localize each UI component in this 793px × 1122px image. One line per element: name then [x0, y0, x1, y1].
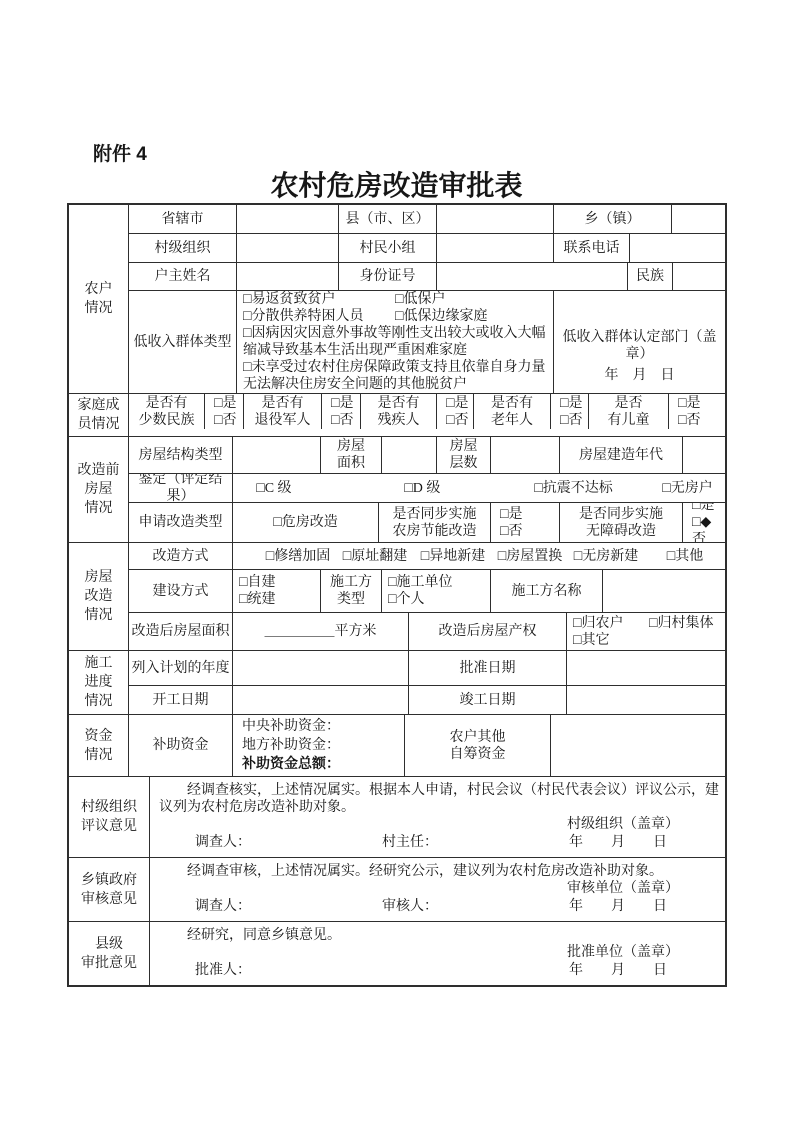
checkbox-option: □低保户: [395, 292, 445, 307]
form-title: 农村危房改造审批表: [0, 164, 793, 204]
energy-saving-sync-label: 是否同步实施 农房节能改造: [379, 503, 491, 542]
table-row: 房屋结构类型房屋 面积房屋 层数房屋建造年代: [129, 437, 725, 474]
county-approval-label: 县级 审批意见: [69, 922, 150, 985]
stamp-label: 审核单位（盖章）: [159, 880, 719, 897]
pre-renovation-house-body: 房屋结构类型房屋 面积房屋 层数房屋建造年代鉴定（评定结果）□C 级□D 级□抗…: [129, 437, 725, 542]
checkbox-option: □无房户: [662, 480, 712, 497]
construction-method-label: 建设方式: [129, 570, 233, 612]
post-area-value: ＿＿＿＿＿平方米: [233, 613, 409, 650]
checkbox-option: □其他: [667, 548, 703, 565]
construction-progress-body: 列入计划的年度批准日期开工日期竣工日期: [129, 651, 725, 714]
checkbox-option: □D 级: [404, 480, 534, 497]
signer-label: 调查人：: [195, 834, 251, 851]
funds-body: 补助资金中央补助资金：地方补助资金：补助资金总额：农户其他 自筹资金: [129, 715, 725, 776]
option-line: □归农户□归村集体: [573, 615, 725, 632]
date-label: 年 月 日: [569, 962, 667, 979]
option-line: □个人: [388, 591, 490, 608]
pre-renovation-house-label: 改造前 房屋 情况: [69, 437, 129, 542]
option-line: □易返贫致贫户□低保户: [243, 291, 553, 308]
checkbox-option: □修缮加固: [266, 548, 343, 565]
completion-date-value: [567, 686, 725, 714]
plan-year-value: [233, 651, 409, 685]
disabled-yn: □是 □否: [437, 394, 474, 429]
family-members-label: 家庭成 员情况: [69, 394, 129, 436]
renovation-method-label: 改造方式: [129, 543, 233, 569]
low-income-type-options: □易返贫致贫户□低保户□分散供养特困人员□低保边缘家庭□因病因灾因意外事故等刚性…: [237, 291, 554, 393]
checkbox-option: □无房新建: [574, 548, 667, 565]
villager-group-value: [437, 234, 554, 262]
option-line: □其它: [573, 632, 725, 649]
stamp-label: 批准单位（盖章）: [159, 944, 719, 961]
subsidy-funds-lines: 中央补助资金：地方补助资金：补助资金总额：: [233, 715, 405, 776]
id-number-value: [437, 263, 628, 290]
table-row: 省辖市县（市、区）乡（镇）: [129, 205, 725, 234]
contractor-name-label: 施工方名称: [491, 570, 603, 612]
prefecture-city-value: [237, 205, 339, 233]
signer-label: 批准人：: [195, 962, 251, 979]
funds-label: 资金 情况: [69, 715, 129, 776]
appraisal-label: 鉴定（评定结果）: [129, 474, 233, 502]
start-date-value: [233, 686, 409, 714]
house-renovation-body: 改造方式□修缮加固□原址翻建□异地新建□房屋置换□无房新建□其他建设方式□自建□…: [129, 543, 725, 650]
township-review-body: 经调查审核，上述情况属实。经研究公示，建议列为农村危房改造补助对象。审核单位（盖…: [150, 858, 725, 921]
build-year-value: [683, 437, 725, 473]
contractor-type-label: 施工方 类型: [321, 570, 382, 612]
option-line: 年 月 日: [605, 367, 675, 384]
village-review-label: 村级组织 评议意见: [69, 777, 150, 857]
self-raised-funds-label: 农户其他 自筹资金: [405, 715, 551, 776]
table-row: 低收入群体类型□易返贫致贫户□低保户□分散供养特困人员□低保边缘家庭□因病因灾因…: [129, 291, 725, 393]
checkbox-option: □归村集体: [649, 616, 713, 631]
township-label: 乡（镇）: [554, 205, 672, 233]
signature-line: 调查人：审核人：年 月 日: [159, 897, 719, 917]
farmer-info-section: 农户 情况省辖市县（市、区）乡（镇）村级组织村民小组联系电话户主姓名身份证号民族…: [69, 205, 725, 394]
signature-line: 批准人：年 月 日: [159, 961, 719, 981]
structure-type-label: 房屋结构类型: [129, 437, 233, 473]
checkbox-option: □房屋置换: [498, 548, 574, 565]
prefecture-city-label: 省辖市: [129, 205, 237, 233]
checkbox-option: □其它: [573, 633, 609, 648]
veteran-yn: □是 □否: [322, 394, 361, 429]
barrier-free-yn: □是 □◆否: [683, 503, 725, 542]
township-review-section: 乡镇政府 审核意见经调查审核，上述情况属实。经研究公示，建议列为农村危房改造补助…: [69, 858, 725, 922]
structure-type-value: [233, 437, 321, 473]
construction-progress-section: 施工 进度 情况列入计划的年度批准日期开工日期竣工日期: [69, 651, 725, 715]
house-floors-value: [491, 437, 560, 473]
funds-section: 资金 情况补助资金中央补助资金：地方补助资金：补助资金总额：农户其他 自筹资金: [69, 715, 725, 777]
village-org-label: 村级组织: [129, 234, 237, 262]
house-area-label: 房屋 面积: [321, 437, 382, 473]
table-row: 建设方式□自建□统建施工方 类型□施工单位□个人施工方名称: [129, 570, 725, 613]
village-review-section: 村级组织 评议意见经调查核实，上述情况属实。根据本人申请，村民会议（村民代表会议…: [69, 777, 725, 858]
id-number-label: 身份证号: [339, 263, 437, 290]
village-org-value: [237, 234, 339, 262]
plan-year-label: 列入计划的年度: [129, 651, 233, 685]
certifying-dept-stamp: 低收入群体认定部门（盖章）年 月 日: [554, 291, 725, 393]
option-line: □自建: [239, 574, 320, 591]
contact-phone-value: [630, 234, 725, 262]
contact-phone-label: 联系电话: [554, 234, 630, 262]
checkbox-option: □原址翻建: [343, 548, 421, 565]
appraisal-options: □C 级□D 级□抗震不达标□无房户: [233, 474, 725, 502]
township-review-label: 乡镇政府 审核意见: [69, 858, 150, 921]
completion-date-label: 竣工日期: [409, 686, 567, 714]
start-date-label: 开工日期: [129, 686, 233, 714]
checkbox-option: □低保边缘家庭: [395, 309, 487, 324]
barrier-free-sync-label: 是否同步实施 无障碍改造: [560, 503, 683, 542]
county-approval-content: 经研究，同意乡镇意见。批准单位（盖章）批准人：年 月 日: [150, 922, 725, 985]
build-year-label: 房屋建造年代: [560, 437, 683, 473]
ethnicity-label: 民族: [628, 263, 673, 290]
option-line: 补助资金总额：: [242, 755, 404, 774]
county-approval-body: 经研究，同意乡镇意见。批准单位（盖章）批准人：年 月 日: [150, 922, 725, 985]
checkbox-option: □因病因灾因意外事故等刚性支出较大或收入大幅缩减导致基本生活出现严重困难家庭: [243, 326, 545, 358]
table-row: 列入计划的年度批准日期: [129, 651, 725, 686]
checkbox-option: □自建: [239, 575, 275, 590]
elderly-label: 是否有 老年人: [474, 394, 551, 429]
option-line: □未享受过农村住房保障政策支持且依靠自身力量无法解决住房安全问题的其他脱贫户: [243, 359, 553, 393]
option-line: 地方补助资金：: [242, 736, 404, 755]
construction-method-options: □自建□统建: [233, 570, 321, 612]
elderly-yn: □是 □否: [551, 394, 589, 429]
checkbox-option: □异地新建: [421, 548, 498, 565]
village-review-body: 经调查核实，上述情况属实。根据本人申请，村民会议（村民代表会议）评议公示，建议列…: [150, 777, 725, 857]
children-label: 是否 有儿童: [589, 394, 669, 429]
table-row: 是否有 少数民族□是 □否是否有 退役军人□是 □否是否有 残疾人□是 □否是否…: [129, 394, 725, 429]
option-line: □施工单位: [388, 574, 490, 591]
village-review-content: 经调查核实，上述情况属实。根据本人申请，村民会议（村民代表会议）评议公示，建议列…: [150, 777, 725, 857]
house-renovation-label: 房屋 改造 情况: [69, 543, 129, 650]
farmer-info-label: 农户 情况: [69, 205, 129, 393]
table-row: 鉴定（评定结果）□C 级□D 级□抗震不达标□无房户: [129, 474, 725, 503]
county-value: [437, 205, 554, 233]
energy-saving-yn: □是 □否: [491, 503, 560, 542]
county-approval-section: 县级 审批意见经研究，同意乡镇意见。批准单位（盖章）批准人：年 月 日: [69, 922, 725, 985]
checkbox-option: □分散供养特困人员: [243, 308, 395, 325]
apply-type-label: 申请改造类型: [129, 503, 233, 542]
township-value: [672, 205, 725, 233]
checkbox-option: □易返贫致贫户: [243, 291, 395, 308]
pre-renovation-house-section: 改造前 房屋 情况房屋结构类型房屋 面积房屋 层数房屋建造年代鉴定（评定结果）□…: [69, 437, 725, 543]
construction-progress-label: 施工 进度 情况: [69, 651, 129, 714]
minority-label: 是否有 少数民族: [129, 394, 205, 429]
post-area-label: 改造后房屋面积: [129, 613, 233, 650]
contractor-name-value: [603, 570, 725, 612]
contractor-type-options: □施工单位□个人: [382, 570, 491, 612]
table-row: 改造后房屋面积＿＿＿＿＿平方米改造后房屋产权□归农户□归村集体□其它: [129, 613, 725, 650]
post-ownership-options: □归农户□归村集体□其它: [567, 613, 725, 650]
county-label: 县（市、区）: [339, 205, 437, 233]
children-yn: □是 □否: [669, 394, 725, 429]
approval-date-label: 批准日期: [409, 651, 567, 685]
house-renovation-section: 房屋 改造 情况改造方式□修缮加固□原址翻建□异地新建□房屋置换□无房新建□其他…: [69, 543, 725, 651]
subsidy-funds-label: 补助资金: [129, 715, 233, 776]
renovation-method-options: □修缮加固□原址翻建□异地新建□房屋置换□无房新建□其他: [233, 543, 725, 569]
checkbox-option: □个人: [388, 592, 424, 607]
farmer-info-body: 省辖市县（市、区）乡（镇）村级组织村民小组联系电话户主姓名身份证号民族低收入群体…: [129, 205, 725, 393]
table-row: 户主姓名身份证号民族: [129, 263, 725, 291]
checkbox-option: □C 级: [256, 480, 404, 497]
date-label: 年 月 日: [569, 898, 667, 915]
checkbox-option: □未享受过农村住房保障政策支持且依靠自身力量无法解决住房安全问题的其他脱贫户: [243, 360, 545, 392]
signature-line: 调查人：村主任：年 月 日: [159, 833, 719, 853]
table-row: 村级组织村民小组联系电话: [129, 234, 725, 263]
option-line: □统建: [239, 591, 320, 608]
option-line: □分散供养特困人员□低保边缘家庭: [243, 308, 553, 325]
table-row: 申请改造类型□危房改造是否同步实施 农房节能改造□是 □否是否同步实施 无障碍改…: [129, 503, 725, 542]
signer-label: 审核人：: [382, 898, 438, 915]
date-label: 年 月 日: [569, 834, 667, 851]
low-income-type-label: 低收入群体类型: [129, 291, 237, 393]
opinion-text: 经调查审核，上述情况属实。经研究公示，建议列为农村危房改造补助对象。: [159, 863, 719, 880]
option-line: 中央补助资金：: [242, 717, 404, 736]
opinion-text: 经调查核实，上述情况属实。根据本人申请，村民会议（村民代表会议）评议公示，建议列…: [159, 782, 719, 816]
householder-name-label: 户主姓名: [129, 263, 237, 290]
disabled-label: 是否有 残疾人: [361, 394, 437, 429]
family-members-section: 家庭成 员情况是否有 少数民族□是 □否是否有 退役军人□是 □否是否有 残疾人…: [69, 394, 725, 437]
house-area-value: [382, 437, 437, 473]
post-ownership-label: 改造后房屋产权: [409, 613, 567, 650]
document-page: 附件 4 农村危房改造审批表 农户 情况省辖市县（市、区）乡（镇）村级组织村民小…: [0, 0, 793, 1122]
approval-date-value: [567, 651, 725, 685]
township-review-content: 经调查审核，上述情况属实。经研究公示，建议列为农村危房改造补助对象。审核单位（盖…: [150, 858, 725, 921]
option-line: □因病因灾因意外事故等刚性支出较大或收入大幅缩减导致基本生活出现严重困难家庭: [243, 325, 553, 359]
checkbox-option: □施工单位: [388, 575, 452, 590]
householder-name-value: [237, 263, 339, 290]
table-row: 开工日期竣工日期: [129, 686, 725, 714]
minority-yn: □是 □否: [205, 394, 244, 429]
table-row: 改造方式□修缮加固□原址翻建□异地新建□房屋置换□无房新建□其他: [129, 543, 725, 570]
table-row: 补助资金中央补助资金：地方补助资金：补助资金总额：农户其他 自筹资金: [129, 715, 725, 776]
opinion-text: 经研究，同意乡镇意见。: [159, 927, 719, 944]
signer-label: 调查人：: [195, 898, 251, 915]
ethnicity-value: [673, 263, 725, 290]
checkbox-option: □归农户: [573, 615, 649, 632]
stamp-label: 村级组织（盖章）: [159, 816, 719, 833]
checkbox-option: □统建: [239, 592, 275, 607]
self-raised-funds-value: [551, 715, 725, 776]
signer-label: 村主任：: [382, 834, 438, 851]
checkbox-option: □抗震不达标: [534, 480, 662, 497]
veteran-label: 是否有 退役军人: [244, 394, 322, 429]
approval-table: 农户 情况省辖市县（市、区）乡（镇）村级组织村民小组联系电话户主姓名身份证号民族…: [67, 203, 727, 987]
danger-renovation-checkbox: □危房改造: [233, 503, 379, 542]
family-members-body: 是否有 少数民族□是 □否是否有 退役军人□是 □否是否有 残疾人□是 □否是否…: [129, 394, 725, 436]
house-floors-label: 房屋 层数: [437, 437, 491, 473]
option-line: 低收入群体认定部门（盖章）: [560, 329, 719, 363]
villager-group-label: 村民小组: [339, 234, 437, 262]
attachment-number: 附件 4: [93, 139, 147, 166]
